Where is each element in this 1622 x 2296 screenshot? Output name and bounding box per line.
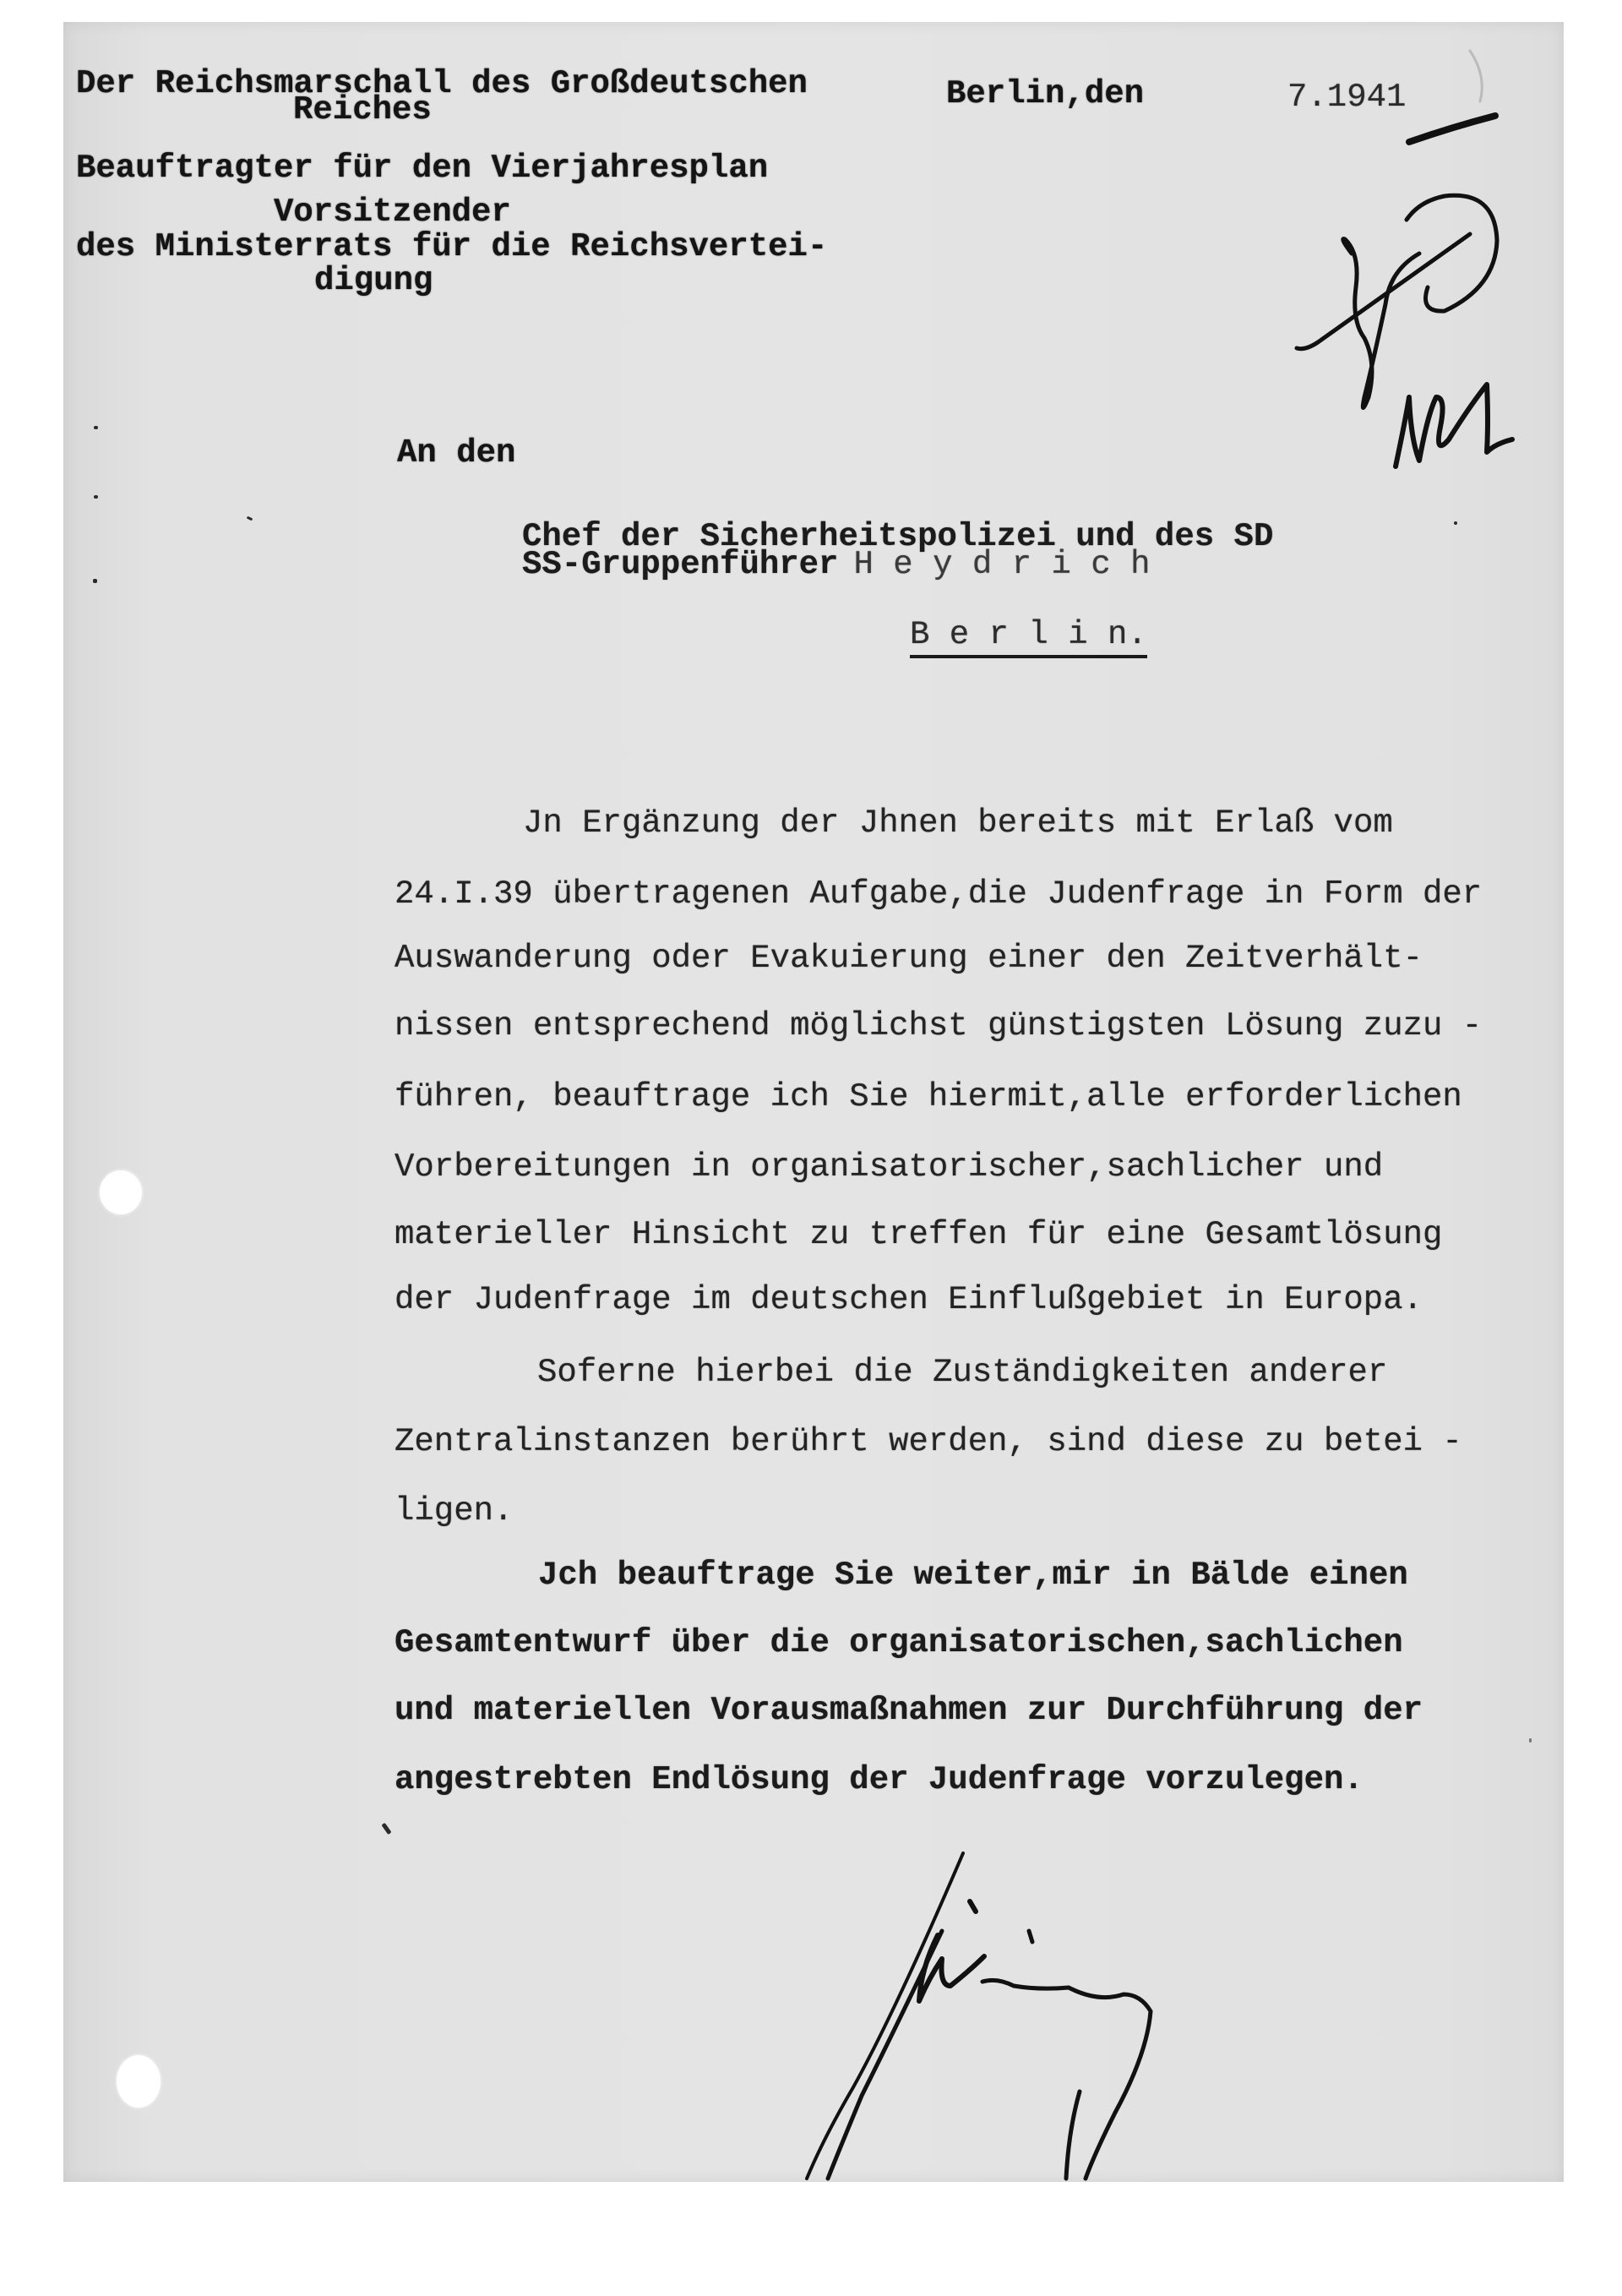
body-line: und materiellen Vorausmaßnahmen zur Durc… <box>395 1694 1423 1727</box>
punch-hole <box>117 2055 161 2108</box>
punch-hole <box>100 1170 142 1214</box>
dateline-date: 7.1941 <box>1287 81 1406 114</box>
body-line: Vorbereitungen in organisatorischer,sach… <box>395 1151 1383 1184</box>
body-line: angestrebten Endlösung der Judenfrage vo… <box>395 1764 1363 1797</box>
body-line: nissen entsprechend möglichst günstigste… <box>395 1010 1482 1043</box>
recipient-city-text: B e r l i n. <box>910 616 1147 658</box>
margin-mark <box>94 426 98 429</box>
recipient-rank: SS-GruppenführerH e y d r i c h <box>522 548 1151 581</box>
body-line: Jn Ergänzung der Jhnen bereits mit Erlaß… <box>523 807 1393 840</box>
body-line: materieller Hinsicht zu treffen für eine… <box>395 1219 1442 1252</box>
margin-mark <box>1529 1738 1532 1742</box>
letterhead-line: des Ministerrats für die Reichsvertei- <box>76 231 827 264</box>
body-line: Gesamtentwurf über die organisatorischen… <box>395 1627 1403 1660</box>
body-line: 24.I.39 übertragenen Aufgabe,die Judenfr… <box>395 878 1482 911</box>
body-line: ligen. <box>395 1495 513 1528</box>
margin-mark <box>94 495 98 499</box>
body-line: der Judenfrage im deutschen Einflußgebie… <box>395 1284 1423 1317</box>
recipient-rank-text: SS-Gruppenführer <box>522 546 838 583</box>
recipient-name: H e y d r i c h <box>853 546 1150 583</box>
letterhead-line: Vorsitzender <box>274 196 511 229</box>
letterhead-line: Reiches <box>293 94 432 127</box>
margin-mark <box>93 579 97 583</box>
body-line: Soferne hierbei die Zuständigkeiten ande… <box>537 1356 1387 1389</box>
margin-mark <box>1454 521 1457 525</box>
letterhead-line: Der Reichsmarschall des Großdeutschen <box>76 68 808 101</box>
recipient-city: B e r l i n. <box>910 619 1147 652</box>
dateline-place: Berlin,den <box>946 78 1144 111</box>
letterhead-line: digung <box>314 265 433 297</box>
letterhead-line: Beauftragter für den Vierjahresplan <box>76 152 768 185</box>
body-line: führen, beauftrage ich Sie hiermit,alle … <box>395 1081 1462 1114</box>
body-line: Auswanderung oder Evakuierung einer den … <box>395 942 1423 975</box>
body-line: Jch beauftrage Sie weiter,mir in Bälde e… <box>538 1559 1408 1592</box>
body-line: Zentralinstanzen berührt werden, sind di… <box>395 1426 1462 1459</box>
salutation: An den <box>397 437 515 470</box>
